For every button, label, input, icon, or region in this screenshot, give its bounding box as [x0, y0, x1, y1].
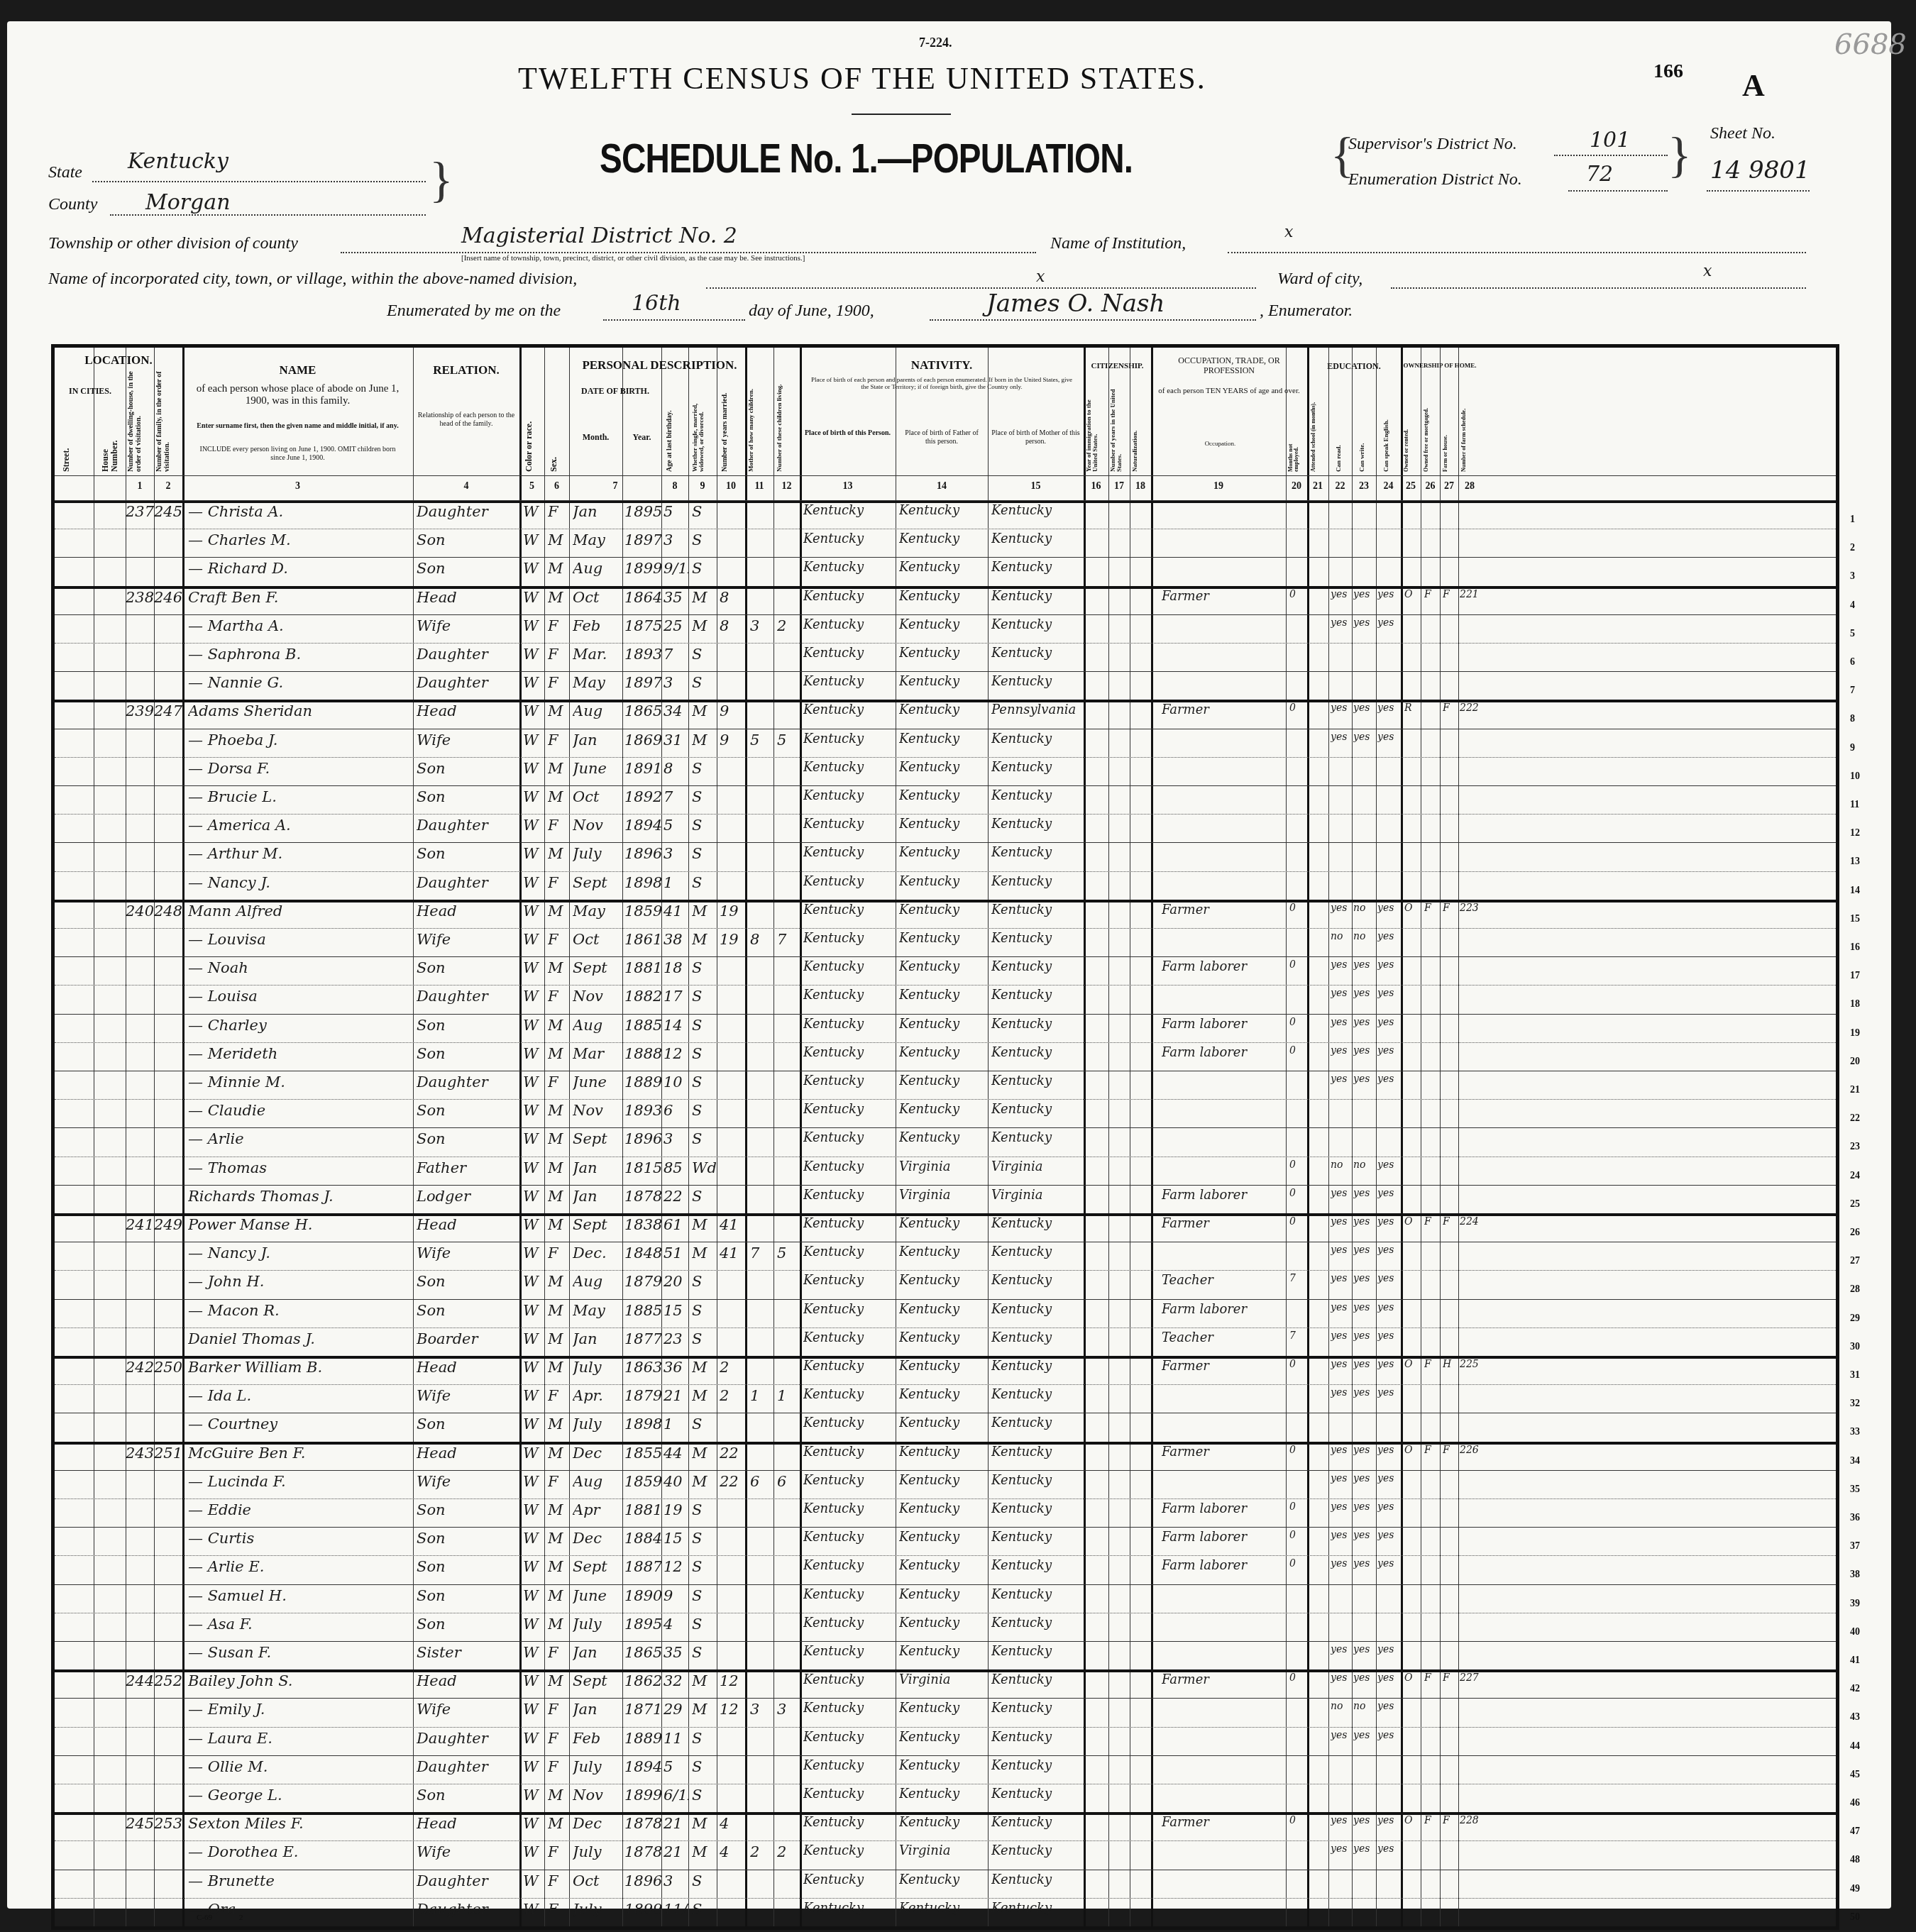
can-read: yes — [1331, 1530, 1352, 1541]
children-living: 3 — [777, 1701, 800, 1718]
sex: M — [548, 1787, 569, 1804]
relation: Head — [417, 902, 519, 920]
birth-year: 1899 — [624, 1901, 661, 1918]
birth-month: Nov — [573, 1787, 622, 1804]
person-name: — George L. — [188, 1787, 412, 1804]
header-years-married: Number of years married. — [722, 383, 729, 472]
col-number: 13 — [800, 481, 896, 492]
row-divider — [55, 1270, 1836, 1271]
birthplace-person: Kentucky — [803, 874, 896, 889]
occupation: Farmer — [1162, 1815, 1286, 1830]
mother-of: 2 — [750, 1843, 773, 1860]
row-divider — [55, 1014, 1836, 1015]
line-number: 48 — [1850, 1855, 1860, 1866]
can-speak-english: yes — [1377, 1387, 1401, 1398]
line-number: 11 — [1850, 800, 1859, 811]
years-married: 4 — [720, 1843, 745, 1860]
marital-status: S — [692, 788, 717, 805]
birthplace-person: Kentucky — [803, 1587, 896, 1602]
marital-status: S — [692, 1017, 717, 1034]
header-education: EDUCATION. — [1307, 362, 1401, 372]
header-dwelling-number: Number of dwelling-house, in the order o… — [128, 369, 143, 472]
birthplace-person: Kentucky — [803, 788, 896, 803]
can-speak-english: yes — [1377, 1188, 1401, 1199]
can-read: yes — [1331, 1017, 1352, 1028]
header-dob: DATE OF BIRTH. — [569, 387, 661, 397]
marital-status: S — [692, 1616, 717, 1633]
sex: M — [548, 1530, 569, 1547]
person-name: — Nancy J. — [188, 874, 412, 891]
person-name: Daniel Thomas J. — [188, 1330, 412, 1347]
occupation: Farm laborer — [1162, 1188, 1286, 1203]
can-write: yes — [1353, 1359, 1376, 1370]
person-name: — Claudie — [188, 1102, 412, 1119]
title-ornament — [852, 114, 951, 115]
color: W — [523, 1415, 544, 1433]
line-number: 13 — [1850, 856, 1860, 868]
can-speak-english: yes — [1377, 1843, 1401, 1855]
person-name: — Christa A. — [188, 503, 412, 520]
birthplace-person: Kentucky — [803, 845, 896, 860]
birthplace-mother: Kentucky — [991, 1045, 1084, 1060]
birth-year: 1881 — [624, 959, 661, 976]
can-speak-english: yes — [1377, 1501, 1401, 1513]
person-name: — Saphrona B. — [188, 646, 412, 663]
birthplace-father: Kentucky — [899, 1045, 988, 1060]
col-number: 7 — [569, 481, 661, 492]
birthplace-mother: Kentucky — [991, 1501, 1084, 1516]
birthplace-person: Kentucky — [803, 1644, 896, 1659]
birthplace-mother: Kentucky — [991, 1787, 1084, 1801]
age: 10 — [664, 1073, 688, 1091]
birthplace-father: Kentucky — [899, 959, 988, 974]
col-number: 28 — [1458, 481, 1481, 492]
birth-year: 1893 — [624, 646, 661, 663]
farm-house: F — [1443, 1216, 1458, 1227]
birthplace-mother: Kentucky — [991, 1473, 1084, 1488]
enumerator-name: James O. Nash — [986, 289, 1165, 318]
birth-month: Dec — [573, 1530, 622, 1547]
person-name: — Lucinda F. — [188, 1473, 412, 1490]
sex: M — [548, 1188, 569, 1205]
relation: Son — [417, 560, 519, 577]
years-married: 8 — [720, 589, 745, 606]
header-house-number: House Number. — [101, 419, 119, 472]
color: W — [523, 1359, 544, 1376]
birth-year: 1895 — [624, 1616, 661, 1633]
sex: M — [548, 1302, 569, 1319]
table-row: — ClaudieSonWMNov18936SKentuckyKentuckyK… — [55, 1099, 1836, 1127]
sex: M — [548, 845, 569, 862]
birth-year: 1894 — [624, 1758, 661, 1775]
family-number: 252 — [154, 1672, 182, 1689]
color: W — [523, 760, 544, 777]
marital-status: S — [692, 503, 717, 520]
birth-year: 1896 — [624, 845, 661, 862]
person-name: — Curtis — [188, 1530, 412, 1547]
table-row: — Samuel H.SonWMJune18909SKentuckyKentuc… — [55, 1584, 1836, 1613]
birthplace-father: Kentucky — [899, 1387, 988, 1402]
farm-schedule: 223 — [1460, 902, 1481, 914]
can-write: yes — [1353, 1473, 1376, 1484]
row-divider — [55, 785, 1836, 786]
birthplace-mother: Kentucky — [991, 1359, 1084, 1374]
birth-year: 1889 — [624, 1730, 661, 1747]
birthplace-person: Kentucky — [803, 732, 896, 746]
row-divider — [55, 1698, 1836, 1699]
person-name: — Phoeba J. — [188, 732, 412, 749]
person-name: Adams Sheridan — [188, 702, 412, 719]
sex: F — [548, 817, 569, 834]
row-divider — [55, 1584, 1836, 1585]
free-mortgaged: F — [1424, 1672, 1440, 1684]
relation: Daughter — [417, 1073, 519, 1091]
age: 7 — [664, 788, 688, 805]
col-number: 1 — [126, 481, 154, 492]
farm-house: F — [1443, 1445, 1458, 1456]
table-row: — Emily J.WifeWFJan187129M1233KentuckyKe… — [55, 1698, 1836, 1726]
county-value: Morgan — [145, 190, 231, 215]
birth-year: 1882 — [624, 988, 661, 1005]
birthplace-person: Kentucky — [803, 1130, 896, 1145]
can-write: yes — [1353, 1730, 1376, 1741]
relation: Son — [417, 1130, 519, 1147]
age: 85 — [664, 1159, 688, 1176]
birthplace-father: Kentucky — [899, 1130, 988, 1145]
owned-rented: O — [1404, 1815, 1421, 1826]
sex: F — [548, 1387, 569, 1404]
header-farm-schedule: Number of farm schedule. — [1461, 387, 1467, 472]
birthplace-father: Kentucky — [899, 845, 988, 860]
farm-schedule: 221 — [1460, 589, 1481, 600]
person-name: Sexton Miles F. — [188, 1815, 412, 1832]
marital-status: M — [692, 702, 717, 719]
sex: F — [548, 1730, 569, 1747]
header-street: Street. — [62, 419, 71, 472]
birth-year: 1893 — [624, 1102, 661, 1119]
header-birth-person: Place of birth of this Person. — [803, 429, 892, 438]
colnum-separator — [55, 475, 1836, 476]
line-number: 4 — [1850, 600, 1855, 612]
birth-month: Nov — [573, 988, 622, 1005]
person-name: — Arthur M. — [188, 845, 412, 862]
marital-status: S — [692, 988, 717, 1005]
marital-status: S — [692, 646, 717, 663]
birthplace-father: Kentucky — [899, 1587, 988, 1602]
birth-year: 1891 — [624, 760, 661, 777]
line-number: 28 — [1850, 1284, 1860, 1296]
relation: Son — [417, 845, 519, 862]
birthplace-mother: Kentucky — [991, 617, 1084, 632]
can-write: no — [1353, 931, 1376, 942]
enumerator-label: , Enumerator. — [1260, 302, 1353, 321]
table-row: — Arlie E.SonWMSept188712SKentuckyKentuc… — [55, 1555, 1836, 1584]
age: 35 — [664, 589, 688, 606]
row-divider — [55, 1898, 1836, 1899]
can-write: yes — [1353, 1501, 1376, 1513]
dwelling-number: 244 — [126, 1672, 154, 1689]
age: 15 — [664, 1302, 688, 1319]
birth-month: June — [573, 1073, 622, 1091]
row-divider — [55, 1413, 1836, 1413]
owned-rented: O — [1404, 1216, 1421, 1227]
birthplace-mother: Virginia — [991, 1188, 1084, 1203]
can-speak-english: yes — [1377, 1672, 1401, 1684]
relation: Son — [417, 1017, 519, 1034]
birthplace-mother: Kentucky — [991, 732, 1084, 746]
state-line — [92, 181, 426, 182]
relation: Wife — [417, 1473, 519, 1490]
birthplace-mother: Kentucky — [991, 1872, 1084, 1887]
age: 23 — [664, 1330, 688, 1347]
birthplace-mother: Kentucky — [991, 531, 1084, 546]
birthplace-person: Kentucky — [803, 1758, 896, 1773]
color: W — [523, 1188, 544, 1205]
birthplace-mother: Kentucky — [991, 931, 1084, 946]
age: 18 — [664, 959, 688, 976]
relation: Head — [417, 1815, 519, 1832]
birth-month: Jan — [573, 1701, 622, 1718]
birthplace-person: Kentucky — [803, 1730, 896, 1745]
birthplace-person: Kentucky — [803, 1872, 896, 1887]
occupation: Teacher — [1162, 1273, 1286, 1288]
line-number: 17 — [1850, 971, 1860, 982]
birth-year: 1862 — [624, 1672, 661, 1689]
table-row: — Brucie L.SonWMOct18927SKentuckyKentuck… — [55, 785, 1836, 814]
age: 3 — [664, 845, 688, 862]
dwelling-number: 243 — [126, 1445, 154, 1462]
can-write: yes — [1353, 1530, 1376, 1541]
children-living: 6 — [777, 1473, 800, 1490]
family-number: 245 — [154, 503, 182, 520]
color: W — [523, 1302, 544, 1319]
sheet-label: Sheet No. — [1710, 124, 1775, 143]
birthplace-father: Kentucky — [899, 931, 988, 946]
can-write: yes — [1353, 702, 1376, 714]
birthplace-person: Kentucky — [803, 1616, 896, 1630]
sex: M — [548, 959, 569, 976]
marital-status: S — [692, 1530, 717, 1547]
age: 8 — [664, 760, 688, 777]
relation: Son — [417, 1587, 519, 1604]
person-name: — Martha A. — [188, 617, 412, 634]
birthplace-mother: Kentucky — [991, 1102, 1084, 1117]
header-occupation: Occupation. — [1155, 440, 1286, 447]
col-number: 22 — [1328, 481, 1352, 492]
person-name: McGuire Ben F. — [188, 1445, 412, 1462]
age: 34 — [664, 702, 688, 719]
relation: Daughter — [417, 817, 519, 834]
relation: Wife — [417, 732, 519, 749]
line-number: 2 — [1850, 543, 1855, 554]
years-married: 4 — [720, 1815, 745, 1832]
birthplace-mother: Kentucky — [991, 589, 1084, 604]
line-number: 16 — [1850, 942, 1860, 954]
birth-month: Feb — [573, 617, 622, 634]
col-number: 16 — [1084, 481, 1108, 492]
col-number: 21 — [1307, 481, 1328, 492]
birthplace-father: Virginia — [899, 1188, 988, 1203]
color: W — [523, 1216, 544, 1233]
birth-month: Oct — [573, 589, 622, 606]
city-value: x — [1036, 268, 1045, 286]
sex: F — [548, 674, 569, 691]
sex: F — [548, 1644, 569, 1661]
line-number: 32 — [1850, 1398, 1860, 1410]
birthplace-person: Kentucky — [803, 760, 896, 775]
occupation: Farmer — [1162, 1216, 1286, 1231]
person-name: — Richard D. — [188, 560, 412, 577]
line-number: 15 — [1850, 914, 1860, 925]
birth-month: Aug — [573, 702, 622, 719]
header-location: LOCATION. — [55, 353, 182, 368]
can-speak-english: yes — [1377, 1359, 1401, 1370]
sex: F — [548, 1758, 569, 1775]
occupation: Farmer — [1162, 1672, 1286, 1687]
row-divider — [55, 1613, 1836, 1613]
can-read: yes — [1331, 1302, 1352, 1313]
color: W — [523, 817, 544, 834]
relation: Daughter — [417, 674, 519, 691]
township-label: Township or other division of county — [48, 234, 298, 253]
supervisor-value: 101 — [1590, 128, 1630, 153]
birthplace-mother: Kentucky — [991, 788, 1084, 803]
header-name-instr2: INCLUDE every person living on June 1, 1… — [193, 446, 402, 462]
township-note: [Insert name of township, town, precinct… — [461, 254, 805, 263]
age: 20 — [664, 1273, 688, 1290]
col-number: 6 — [544, 481, 569, 492]
birthplace-father: Kentucky — [899, 1701, 988, 1716]
table-row: 238246Craft Ben F.HeadWMOct186435M8Kentu… — [55, 586, 1836, 614]
relation: Head — [417, 1216, 519, 1233]
can-write: yes — [1353, 1216, 1376, 1227]
mother-of: 6 — [750, 1473, 773, 1490]
birthplace-person: Kentucky — [803, 1244, 896, 1259]
relation: Head — [417, 589, 519, 606]
sex: M — [548, 1672, 569, 1689]
birthplace-mother: Kentucky — [991, 1558, 1084, 1573]
relation: Wife — [417, 1387, 519, 1404]
can-speak-english: yes — [1377, 1701, 1401, 1712]
owned-rented: O — [1404, 1672, 1421, 1684]
row-divider — [55, 614, 1836, 615]
line-number: 26 — [1850, 1227, 1860, 1239]
birth-month: July — [573, 1901, 622, 1918]
can-speak-english: yes — [1377, 1530, 1401, 1541]
row-divider — [55, 1185, 1836, 1186]
color: W — [523, 617, 544, 634]
months-unemployed: 7 — [1289, 1273, 1307, 1284]
birth-month: Jan — [573, 1644, 622, 1661]
occupation: Farm laborer — [1162, 1017, 1286, 1032]
occupation: Farmer — [1162, 1359, 1286, 1374]
months-unemployed: 0 — [1289, 1501, 1307, 1513]
table-row: — Arthur M.SonWMJuly18963SKentuckyKentuc… — [55, 842, 1836, 871]
birthplace-person: Kentucky — [803, 931, 896, 946]
table-row: 244252Bailey John S.HeadWMSept186232M12K… — [55, 1669, 1836, 1698]
can-speak-english: yes — [1377, 1644, 1401, 1655]
sex: M — [548, 788, 569, 805]
age: 40 — [664, 1473, 688, 1490]
months-unemployed: 7 — [1289, 1330, 1307, 1342]
table-row: — Minnie M.DaughterWFJune188910SKentucky… — [55, 1071, 1836, 1099]
row-divider — [55, 1840, 1836, 1841]
can-read: yes — [1331, 1359, 1352, 1370]
marital-status: M — [692, 589, 717, 606]
can-write: yes — [1353, 1672, 1376, 1684]
birth-month: July — [573, 1616, 622, 1633]
birth-month: Nov — [573, 1102, 622, 1119]
birthplace-person: Kentucky — [803, 1473, 896, 1488]
age: 36 — [664, 1359, 688, 1376]
col-number: 25 — [1401, 481, 1421, 492]
birth-month: Jan — [573, 732, 622, 749]
header-year: Year. — [622, 433, 661, 443]
sheet-line — [1707, 190, 1810, 192]
header-farm-house: Farm or house. — [1443, 419, 1448, 472]
can-speak-english: yes — [1377, 1244, 1401, 1256]
occupation: Farmer — [1162, 589, 1286, 604]
children-living: 7 — [777, 931, 800, 948]
marital-status: S — [692, 1730, 717, 1747]
birth-year: 1815 — [624, 1159, 661, 1176]
row-divider — [55, 842, 1836, 843]
birthplace-father: Kentucky — [899, 817, 988, 832]
birthplace-father: Kentucky — [899, 988, 988, 1003]
birthplace-father: Virginia — [899, 1159, 988, 1174]
birth-month: Sept — [573, 1558, 622, 1575]
relation: Wife — [417, 1701, 519, 1718]
row-divider — [55, 1470, 1836, 1471]
months-unemployed: 0 — [1289, 1017, 1307, 1028]
birth-month: Sept — [573, 1672, 622, 1689]
sheet-value: 14 9801 — [1710, 156, 1810, 184]
col-number: 15 — [988, 481, 1084, 492]
birth-month: Apr. — [573, 1387, 622, 1404]
marital-status: S — [692, 817, 717, 834]
birthplace-mother: Pennsylvania — [991, 702, 1084, 717]
can-read: yes — [1331, 1501, 1352, 1513]
marital-status: M — [692, 1843, 717, 1860]
birth-month: Aug — [573, 560, 622, 577]
birthplace-mother: Kentucky — [991, 1672, 1084, 1687]
header-can-write: Can write. — [1359, 426, 1365, 472]
birthplace-mother: Kentucky — [991, 674, 1084, 689]
years-married: 2 — [720, 1359, 745, 1376]
mother-of: 3 — [750, 1701, 773, 1718]
color: W — [523, 1102, 544, 1119]
can-read: yes — [1331, 1815, 1352, 1826]
sex: M — [548, 589, 569, 606]
can-read: yes — [1331, 1558, 1352, 1569]
row-divider — [55, 500, 1836, 501]
can-read: yes — [1331, 1273, 1352, 1284]
row-divider — [55, 1384, 1836, 1385]
color: W — [523, 1787, 544, 1804]
farm-schedule: 228 — [1460, 1815, 1481, 1826]
color: W — [523, 1244, 544, 1262]
birth-month: Aug — [573, 1017, 622, 1034]
birth-year: 1865 — [624, 1644, 661, 1661]
birth-year: 1878 — [624, 1815, 661, 1832]
owned-rented: O — [1404, 1359, 1421, 1370]
person-name: — Courtney — [188, 1415, 412, 1433]
row-divider — [55, 814, 1836, 815]
header-ownership: OWNERSHIP OF HOME. — [1401, 362, 1479, 369]
marital-status: S — [692, 845, 717, 862]
can-read: yes — [1331, 1730, 1352, 1741]
line-number: 35 — [1850, 1484, 1860, 1496]
